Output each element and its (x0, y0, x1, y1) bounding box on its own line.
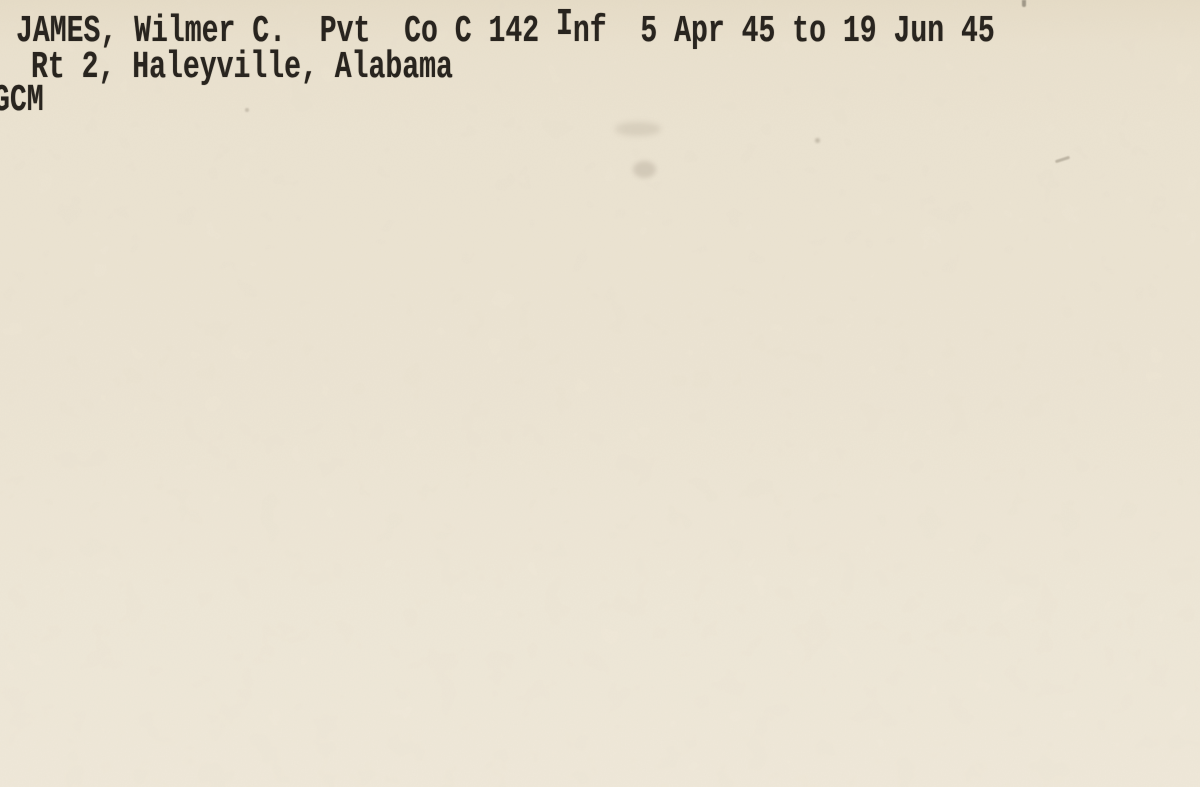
typed-line-address: Rt 2, Haleyville, Alabama (31, 49, 453, 87)
line1-text-after-superscript: nf 5 Apr 45 to 19 Jun 45 (573, 10, 995, 53)
paper-texture-overlay (0, 0, 1200, 787)
ink-bleed-smudge (633, 161, 656, 178)
paper-speck (815, 138, 820, 143)
line1-superscript-capital-i: I (556, 6, 573, 44)
paper-fiber-mark (1055, 156, 1070, 163)
scanned-index-card: JAMES, Wilmer C. Pvt Co C 142 Inf 5 Apr … (0, 0, 1200, 787)
paper-speck (245, 108, 249, 112)
top-edge-speck (1022, 0, 1026, 7)
typed-line-gcm-notation: GCM (0, 82, 44, 120)
ink-bleed-smudge (615, 122, 661, 136)
